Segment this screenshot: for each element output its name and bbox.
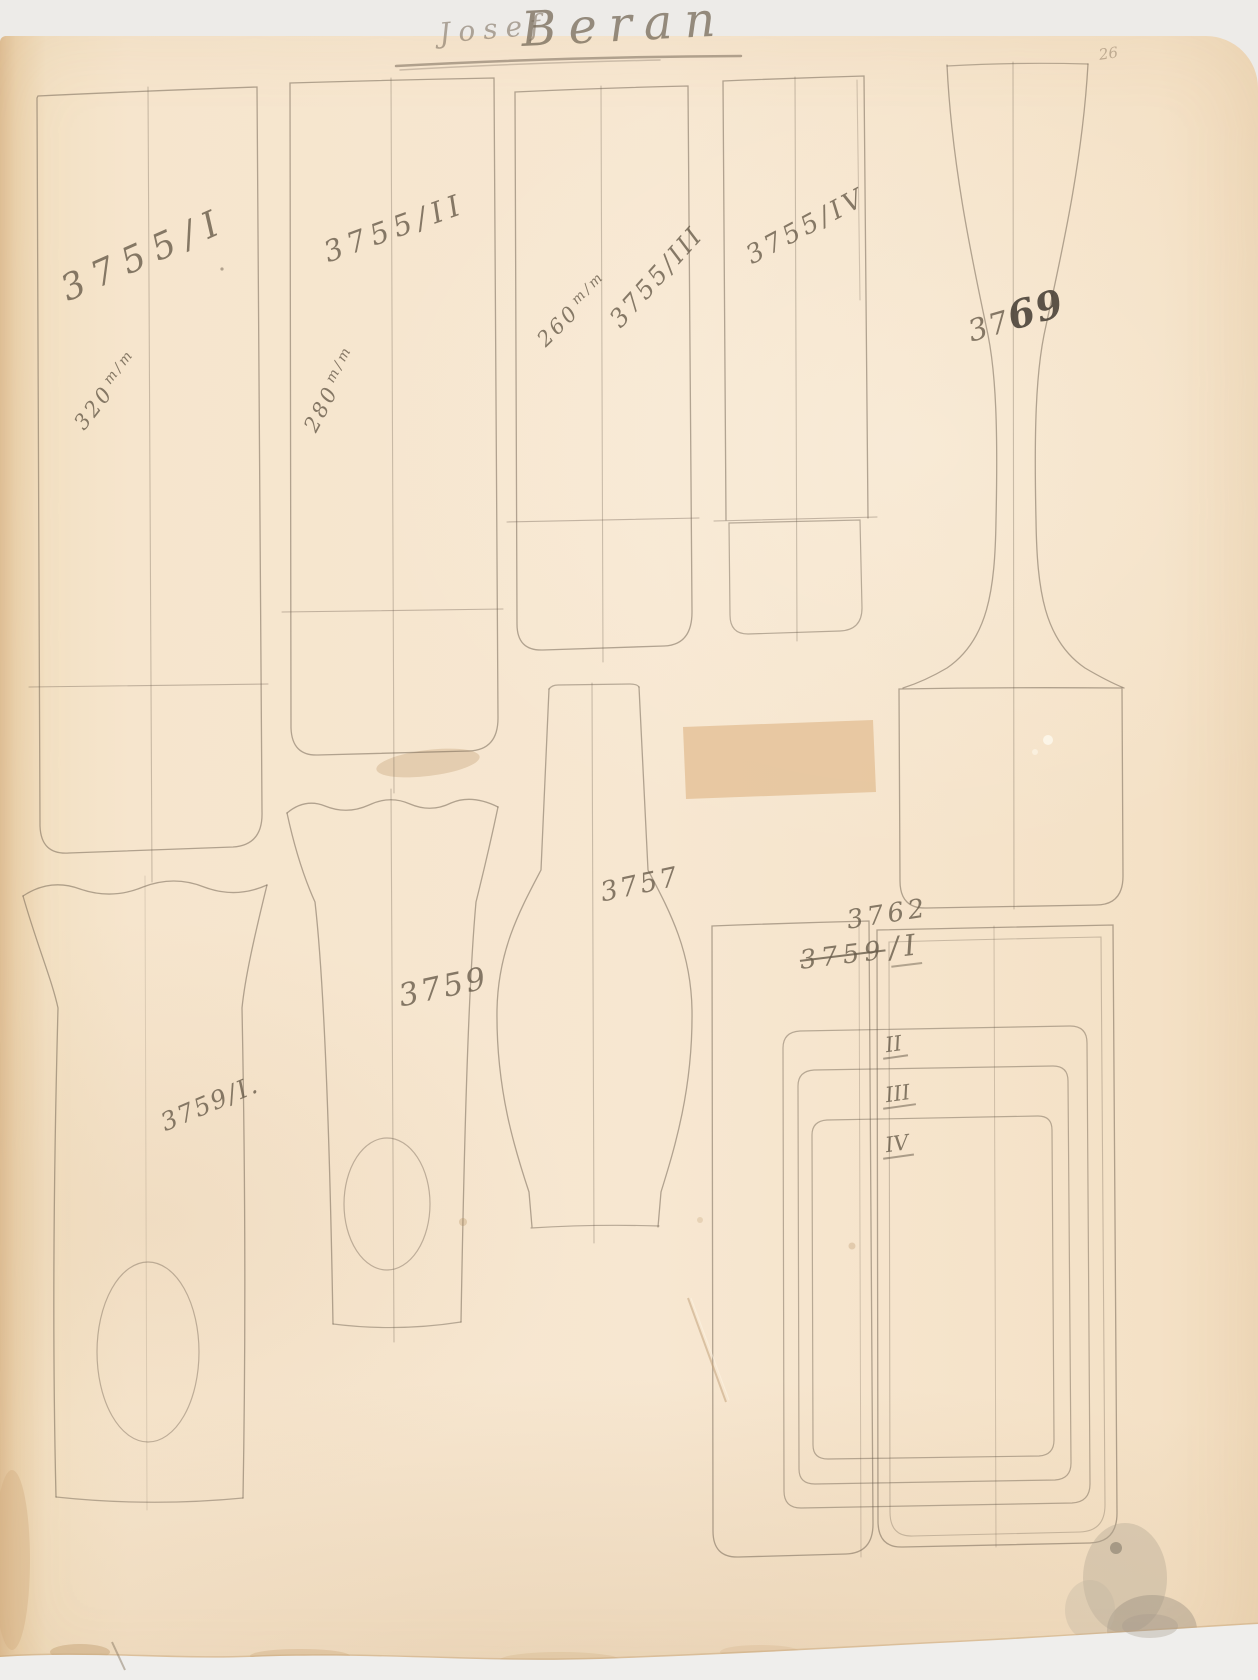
drawing-3759 (287, 789, 498, 1342)
drawing-3755-iv (714, 76, 877, 641)
page-number: 26 (1098, 45, 1119, 63)
variant-numeral-iii: III (880, 1081, 916, 1109)
drawing-3755-ii (282, 78, 503, 793)
drawing-3762-group (712, 921, 1117, 1557)
variant-numeral-iv: IV (880, 1132, 915, 1160)
tape-patch (683, 720, 876, 799)
drawing-3757 (497, 683, 692, 1243)
drawing-3769 (899, 62, 1124, 909)
drawing-3759-i (23, 876, 267, 1510)
scanned-design-sheet: Josef Beran 26 3755/I 320m/m 3755/II 280… (0, 0, 1258, 1680)
drawing-3755-iii (507, 86, 699, 662)
sheet-title-last-name: Beran (520, 0, 728, 54)
variant-numeral-ii: II (880, 1033, 908, 1060)
title-underline (396, 56, 741, 70)
variant-suffix: /I (887, 927, 923, 968)
smudge (375, 744, 481, 782)
drawing-3755-i (29, 87, 268, 882)
